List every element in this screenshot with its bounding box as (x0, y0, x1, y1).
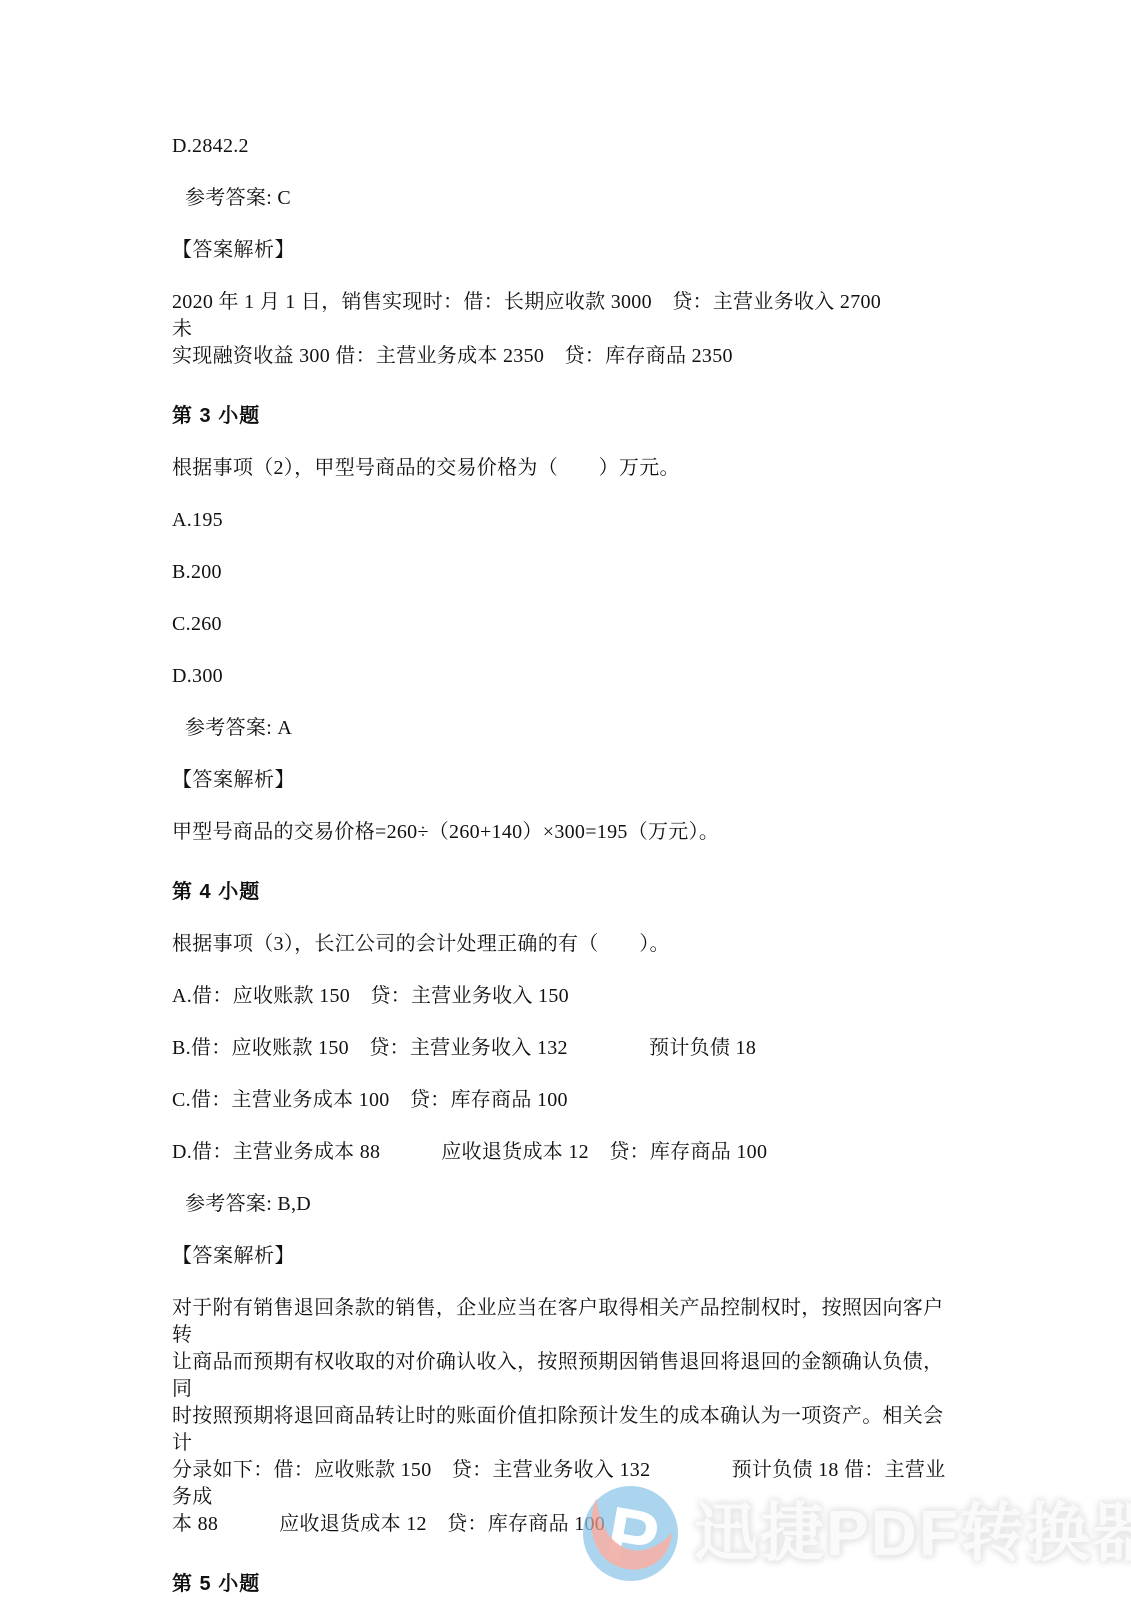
reference-answer: 参考答案: A (172, 715, 952, 742)
option-line: D.300 (172, 663, 952, 690)
analysis-paragraph: 2020 年 1 月 1 日，销售实现时：借：长期应收款 3000 贷：主营业务… (172, 289, 952, 370)
xunjie-pdf-converter-logo-icon: P (583, 1486, 678, 1581)
option-line: A.195 (172, 507, 952, 534)
option-line: D.借：主营业务成本 88 应收退货成本 12 贷：库存商品 100 (172, 1139, 952, 1166)
option-line: C.借：主营业务成本 100 贷：库存商品 100 (172, 1087, 952, 1114)
option-line: B.借：应收账款 150 贷：主营业务收入 132 预计负债 18 (172, 1035, 952, 1062)
document-page: D.2842.2 参考答案: C 【答案解析】 2020 年 1 月 1 日，销… (0, 0, 1131, 1600)
analysis-header: 【答案解析】 (172, 1243, 952, 1270)
option-line: C.260 (172, 611, 952, 638)
reference-answer: 参考答案: C (172, 185, 952, 212)
section-heading-q3: 第 3 小题 (172, 403, 952, 430)
option-line: B.200 (172, 559, 952, 586)
watermark-text: 迅捷PDF转换器 (694, 1486, 1131, 1581)
question-text: 根据事项（2），甲型号商品的交易价格为（ ）万元。 (172, 455, 952, 482)
analysis-header: 【答案解析】 (172, 237, 952, 264)
section-heading-q4: 第 4 小题 (172, 879, 952, 906)
watermark: P 迅捷PDF转换器 (583, 1486, 1131, 1581)
option-line: D.2842.2 (172, 133, 952, 160)
reference-answer: 参考答案: B,D (172, 1191, 952, 1218)
analysis-paragraph: 甲型号商品的交易价格=260÷（260+140）×300=195（万元）。 (172, 819, 952, 846)
question-text: 根据事项（3），长江公司的会计处理正确的有（ ）。 (172, 931, 952, 958)
option-line: A.借：应收账款 150 贷：主营业务收入 150 (172, 983, 952, 1010)
analysis-header: 【答案解析】 (172, 767, 952, 794)
exam-content: D.2842.2 参考答案: C 【答案解析】 2020 年 1 月 1 日，销… (172, 133, 952, 1598)
